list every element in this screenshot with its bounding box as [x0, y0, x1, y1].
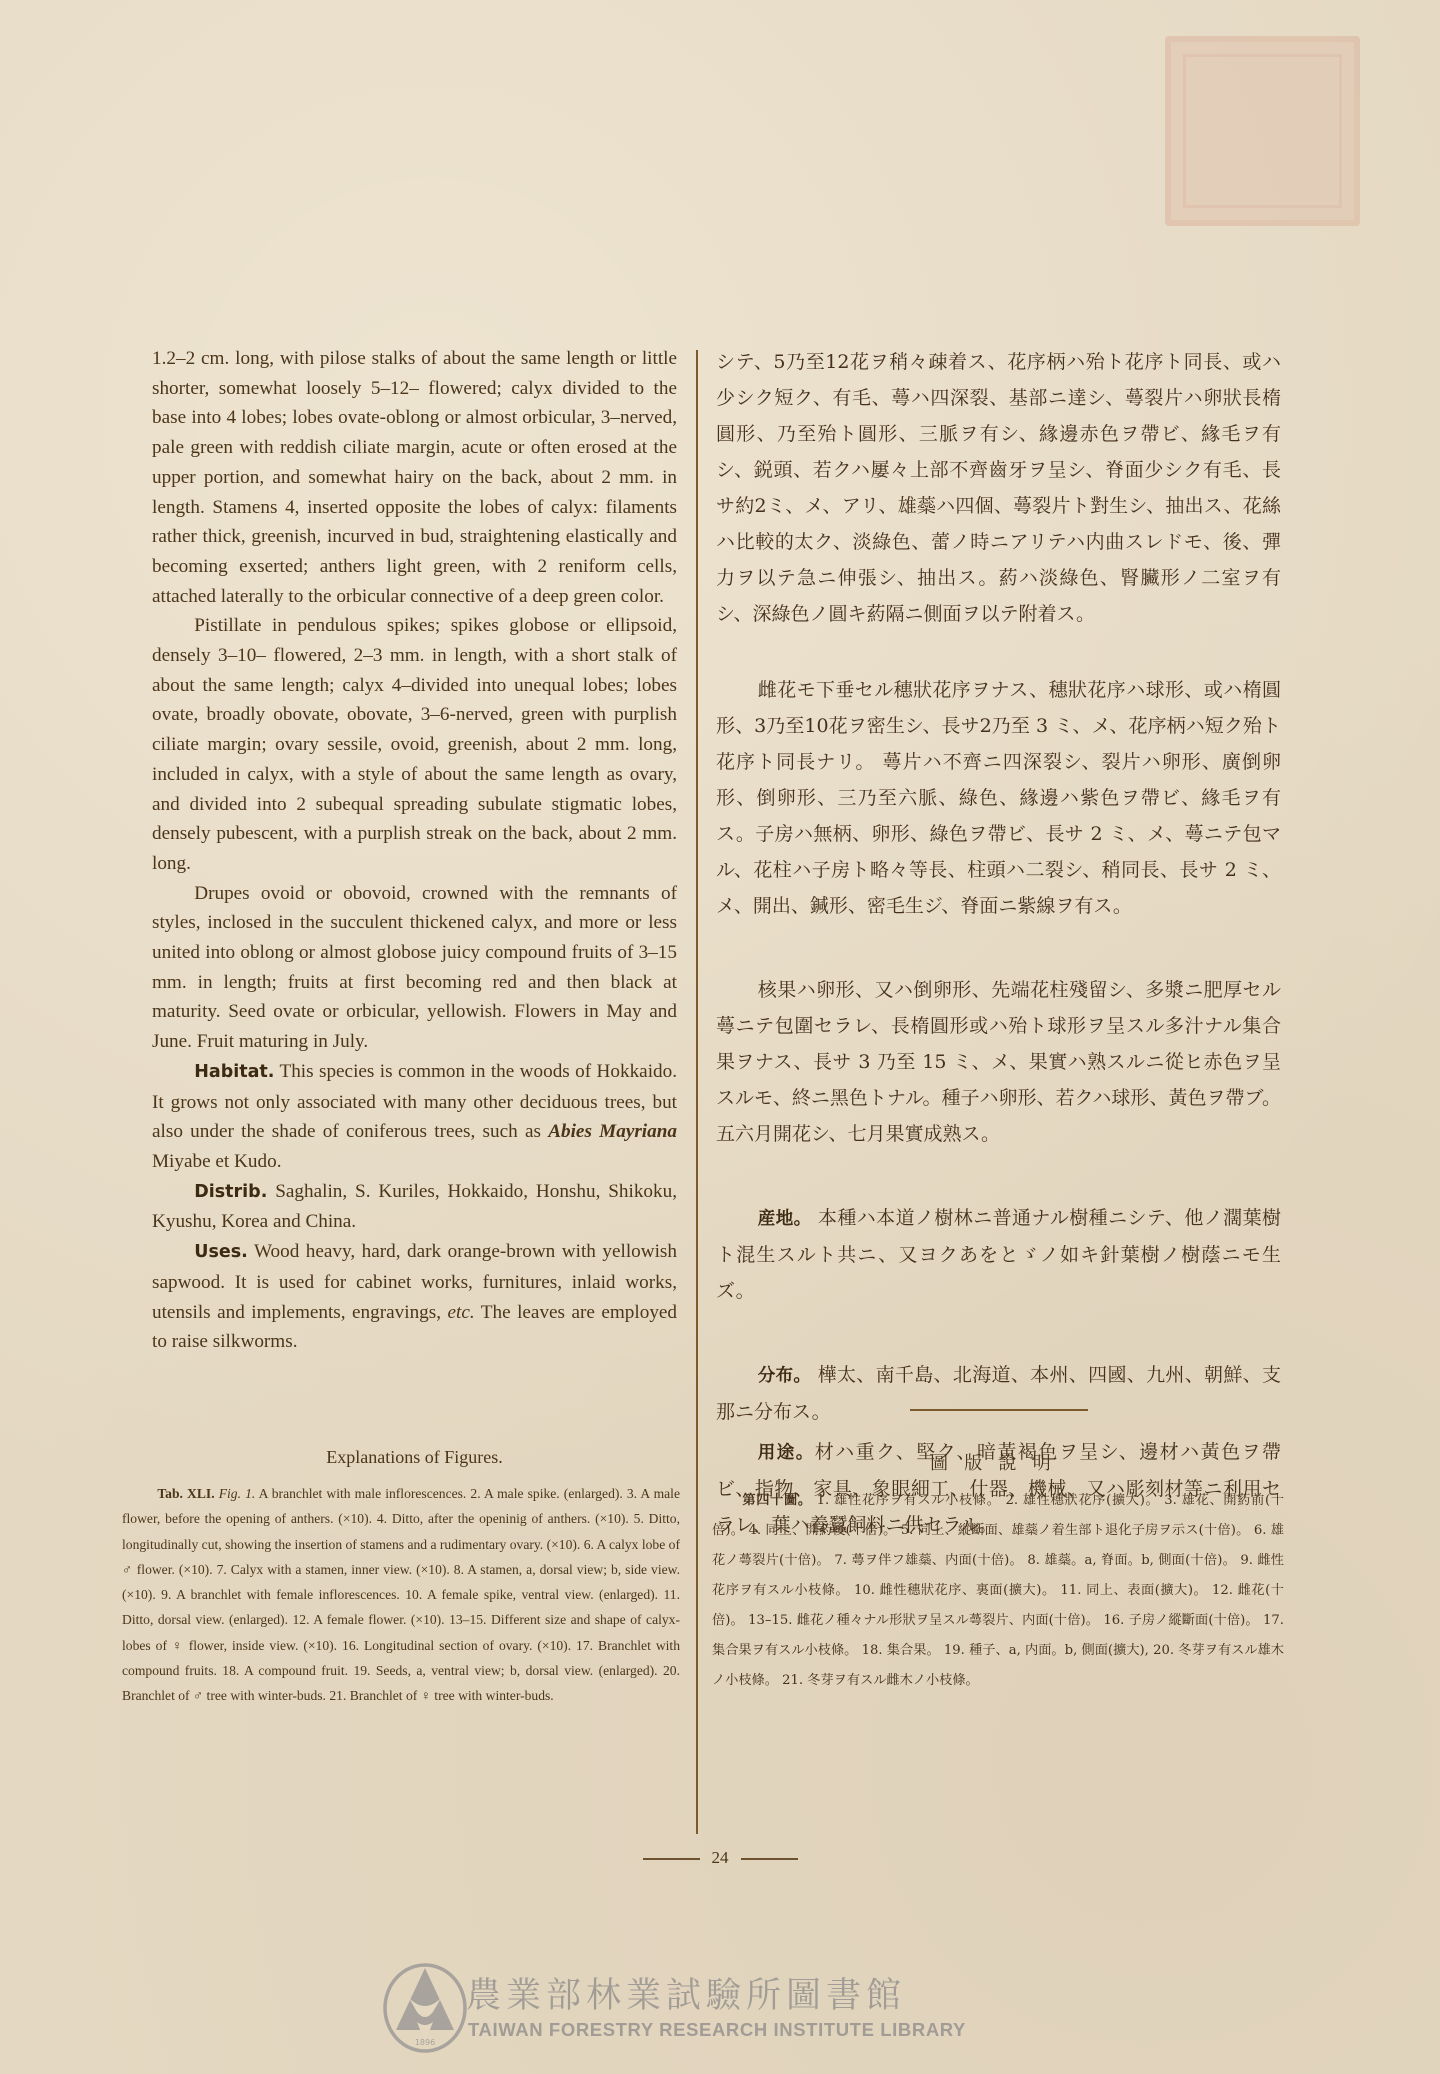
- figures-text-jp: 1. 雄性花序ヲ有スル小枝條。 2. 雄性穗狀花序(擴大)。 3. 雄花、開葯前…: [712, 1493, 1284, 1688]
- habitat-section-jp: 産地。 本種ハ本道ノ樹林ニ普通ナル樹種ニシテ、他ノ濶葉樹ト混生スルト共ニ、又ヨク…: [716, 1200, 1281, 1309]
- male-flower-description-jp: シテ、5乃至12花ヲ稍々疎着ス、花序柄ハ殆ト花序ト同長、或ハ少シク短ク、有毛、蕚…: [716, 344, 1281, 632]
- distrib-section-jp: 分布。 樺太、南千島、北海道、本州、四國、九州、朝鮮、支那ニ分布ス。: [716, 1357, 1281, 1430]
- habitat-label-jp: 産地。: [758, 1209, 812, 1229]
- fig-label: Fig. 1.: [219, 1486, 256, 1501]
- library-seal-stamp: [1165, 36, 1360, 226]
- distrib-section: Distrib. Saghalin, S. Kuriles, Hokkaido,…: [152, 1177, 677, 1237]
- distrib-label-jp: 分布。: [758, 1366, 811, 1386]
- figures-heading-en: Explanations of Figures.: [152, 1447, 677, 1468]
- uses-section: Uses. Wood heavy, hard, dark orange-brow…: [152, 1237, 677, 1357]
- japanese-column: シテ、5乃至12花ヲ稍々疎着ス、花序柄ハ殆ト花序ト同長、或ハ少シク短ク、有毛、蕚…: [716, 344, 1281, 1543]
- figures-text-en: A branchlet with male inflorescences. 2.…: [122, 1486, 680, 1703]
- svg-text:1896: 1896: [415, 2038, 435, 2047]
- library-name-en: TAIWAN FORESTRY RESEARCH INSTITUTE LIBRA…: [468, 2019, 966, 2041]
- pistillate-description-jp: 雌花モ下垂セル穗狀花序ヲナス、穗狀花序ハ球形、或ハ楕圓形、3乃至10花ヲ密生シ、…: [716, 672, 1281, 924]
- figures-explanation-jp: 第四十圖。 1. 雄性花序ヲ有スル小枝條。 2. 雄性穗狀花序(擴大)。 3. …: [712, 1486, 1284, 1696]
- figures-explanation-en: Tab. XLI. Fig. 1. A branchlet with male …: [122, 1481, 680, 1709]
- column-divider: [696, 350, 698, 1834]
- plate-label-jp: 第四十圖。: [742, 1493, 811, 1508]
- library-name-zh: 農業部林業試驗所圖書館: [466, 1968, 906, 2018]
- page-number: 24: [620, 1848, 820, 1868]
- figures-heading-jp: 圖版說明: [716, 1449, 1281, 1475]
- institute-logo-icon: 1896: [375, 1952, 475, 2060]
- dash-right: [741, 1858, 798, 1859]
- uses-label: Uses.: [194, 1242, 248, 1262]
- pistillate-description: Pistillate in pendulous spikes; spikes g…: [152, 611, 677, 878]
- habitat-section: Habitat. This species is common in the w…: [152, 1057, 677, 1177]
- dash-left: [643, 1858, 700, 1859]
- drupes-description-jp: 核果ハ卵形、又ハ倒卵形、先端花柱殘留シ、多漿ニ肥厚セル蕚ニテ包圍セラレ、長楕圓形…: [716, 972, 1281, 1152]
- plate-label-en: Tab. XLI.: [157, 1486, 214, 1501]
- habitat-species: Abies Mayriana: [548, 1121, 677, 1142]
- section-rule: [910, 1409, 1088, 1411]
- distrib-label: Distrib.: [194, 1182, 267, 1202]
- uses-etc: etc.: [448, 1302, 475, 1323]
- habitat-author: Miyabe et Kudo.: [152, 1151, 282, 1172]
- english-column: 1.2–2 cm. long, with pilose stalks of ab…: [152, 344, 677, 1357]
- stamp-border: [1183, 54, 1342, 208]
- drupes-description: Drupes ovoid or obovoid, crowned with th…: [152, 879, 677, 1057]
- male-flower-description: 1.2–2 cm. long, with pilose stalks of ab…: [152, 344, 677, 611]
- page-number-text: 24: [712, 1848, 729, 1867]
- habitat-label: Habitat.: [194, 1062, 274, 1082]
